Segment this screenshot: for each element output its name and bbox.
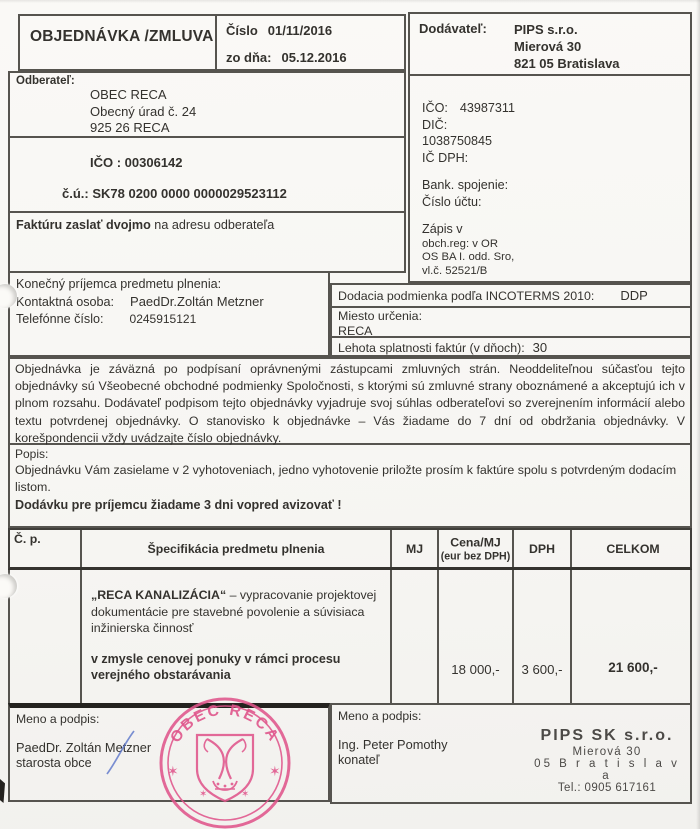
recipient-phone-line: Telefónne číslo:0245915121: [16, 311, 328, 328]
contact-value: PaedDr.Zoltán Metzner: [130, 294, 264, 309]
order-date-line: zo dňa:05.12.2016: [226, 50, 347, 65]
supplier-text-stamp: PIPS SK s.r.o. Mierová 30 05 B r a t i s…: [527, 727, 687, 794]
recipient-lines: Konečný príjemca predmetu plnenia: Konta…: [10, 273, 328, 328]
delivery-terms-box: Dodacia podmienka podľa INCOTERMS 2010:D…: [330, 283, 692, 357]
customer-box: Odberateľ: OBEC RECA Obecný úrad č. 24 9…: [8, 71, 406, 138]
stamp-star-inner-left: ✶: [199, 789, 207, 800]
customer-name: OBEC RECA: [90, 87, 196, 104]
supplier-ico-label: IČO:: [422, 101, 448, 115]
col-header-dph: DPH: [514, 530, 572, 567]
signature-box-supplier: Meno a podpis: Ing. Peter Pomothy konate…: [330, 703, 692, 804]
phone-value: 0245915121: [130, 312, 197, 326]
cell-mj: [392, 570, 439, 705]
cell-dph: 3 600,-: [514, 570, 572, 705]
description-box: Popis: Objednávku Vám zasielame v 2 vyho…: [8, 445, 692, 528]
order-date-value: 05.12.2016: [282, 50, 347, 65]
scanned-order-document: OBJEDNÁVKA /ZMLUVA Číslo01/11/2016 zo dň…: [0, 0, 700, 829]
pen-signature-stroke: [102, 728, 146, 778]
supplier-city: 821 05 Bratislava: [514, 55, 620, 72]
terms-box: Objednávka je záväzná po podpísaní opráv…: [8, 357, 692, 445]
item-price: 18 000,-: [439, 662, 512, 677]
col-header-mj: MJ: [392, 530, 439, 567]
scan-edge-shadow-top: [0, 0, 700, 3]
incoterms-row: Dodacia podmienka podľa INCOTERMS 2010:D…: [332, 285, 690, 308]
item-total: 21 600,-: [572, 660, 694, 675]
incoterms-value: DDP: [620, 288, 647, 303]
due-value: 30: [533, 340, 547, 355]
supplier-icdph-label: IČ DPH:: [422, 150, 690, 167]
signature-label-right: Meno a podpis:: [332, 705, 690, 723]
stamp-star-left: ✶: [167, 763, 179, 779]
customer-address: OBEC RECA Obecný úrad č. 24 925 26 RECA: [90, 87, 196, 137]
invoice-note-box: Faktúru zaslať dvojmo na adresu odberate…: [8, 213, 406, 273]
customer-label: Odberateľ:: [16, 75, 75, 87]
place-value: RECA: [338, 324, 690, 339]
bank-account-label: Číslo účtu:: [422, 194, 690, 211]
col-header-price-sub: (eur bez DPH): [439, 550, 512, 562]
customer-city: 925 26 RECA: [90, 120, 196, 137]
document-title-box: OBJEDNÁVKA /ZMLUVA: [18, 14, 216, 71]
scan-edge-mark: [0, 779, 5, 803]
due-label: Lehota splatnosti faktúr (v dňoch):: [338, 341, 525, 355]
customer-street: Obecný úrad č. 24: [90, 104, 196, 121]
item-note: v zmysle cenovej ponuky v rámci procesu …: [82, 637, 390, 684]
obec-reca-round-stamp: ✶ ✶ ✶ ✶ OBEC RECA: [155, 693, 295, 829]
register-line-4: vl.č. 52521/B: [422, 265, 690, 279]
supplier-dic-label: DIČ:: [422, 117, 690, 134]
stamp-star-inner-right: ✶: [241, 789, 249, 800]
phone-label: Telefónne číslo:: [16, 312, 104, 326]
svg-text:OBEC RECA: OBEC RECA: [167, 702, 283, 746]
register-line-3: OS BA I. odd. Sro,: [422, 251, 690, 265]
cell-cp: [10, 570, 82, 705]
col-header-spec: Špecifikácia predmetu plnenia: [82, 530, 392, 567]
order-number-value: 01/11/2016: [268, 23, 332, 38]
description-bold-note: Dodávku pre príjemcu žiadame 3 dni vopre…: [10, 495, 690, 512]
register-line-1: Zápis v: [422, 221, 690, 238]
supplier-label: Dodávateľ:: [419, 21, 487, 36]
order-date-label: zo dňa:: [226, 50, 272, 65]
register-line-2: obch.reg: v OR: [422, 238, 690, 252]
col-header-total: CELKOM: [572, 530, 694, 567]
bank-label: Bank. spojenie:: [422, 177, 690, 194]
cell-spec: „RECA KANALIZÁCIA“ – vypracovanie projek…: [82, 570, 392, 705]
customer-ico: IČO : 00306142: [90, 155, 183, 170]
cell-total: 21 600,-: [572, 570, 694, 705]
supplier-address: PIPS s.r.o. Mierová 30 821 05 Bratislava: [514, 21, 620, 72]
stamp-street: Mierová 30: [527, 746, 687, 758]
stamp-city: 05 B r a t i s l a v a: [527, 758, 687, 782]
order-number-line: Číslo01/11/2016: [217, 16, 404, 38]
stamp-company: PIPS SK s.r.o.: [527, 727, 687, 745]
invoice-note-rest: na adresu odberateľa: [151, 218, 274, 232]
item-vat: 3 600,-: [514, 662, 570, 677]
description-label: Popis:: [10, 445, 690, 461]
page-title: OBJEDNÁVKA /ZMLUVA: [20, 16, 216, 46]
stamp-phone: Tel.: 0905 617161: [527, 782, 687, 794]
supplier-street: Mierová 30: [514, 38, 620, 55]
recipient-contact-line: Kontaktná osoba:PaedDr.Zoltán Metzner: [16, 293, 328, 311]
customer-account: č.ú.: SK78 0200 0000 0000029523112: [62, 186, 287, 201]
description-text: Objednávku Vám zasielame v 2 vyhotovenia…: [10, 461, 690, 495]
recipient-box: Konečný príjemca predmetu plnenia: Konta…: [8, 273, 330, 357]
stamp-star-right: ✶: [269, 763, 281, 779]
supplier-name: PIPS s.r.o.: [514, 21, 620, 38]
col-header-cp: Č. p.: [10, 530, 82, 567]
contact-label: Kontaktná osoba:: [16, 295, 114, 309]
stamp-arc-text: OBEC RECA: [167, 702, 283, 746]
place-row: Miesto určenia: RECA: [332, 308, 690, 338]
place-label: Miesto určenia:: [338, 309, 690, 324]
invoice-note-bold: Faktúru zaslať dvojmo: [16, 218, 151, 232]
invoice-note: Faktúru zaslať dvojmo na adresu odberate…: [10, 213, 404, 232]
scan-edge-shadow-right: [696, 0, 700, 829]
cell-price: 18 000,-: [439, 570, 514, 705]
recipient-heading: Konečný príjemca predmetu plnenia:: [16, 276, 328, 293]
supplier-dic-value: 1038750845: [422, 133, 690, 150]
customer-ids-box: IČO : 00306142 č.ú.: SK78 0200 0000 0000…: [8, 138, 406, 213]
col-header-price: Cena/MJ(eur bez DPH): [439, 530, 514, 567]
items-table-row: „RECA KANALIZÁCIA“ – vypracovanie projek…: [8, 570, 692, 705]
due-row: Lehota splatnosti faktúr (v dňoch):30: [332, 338, 690, 355]
supplier-ico-value: 43987311: [460, 101, 515, 115]
supplier-header-box: Dodávateľ: PIPS s.r.o. Mierová 30 821 05…: [408, 12, 692, 76]
supplier-ico-line: IČO:43987311: [422, 100, 690, 117]
supplier-details-box: IČO:43987311 DIČ: 1038750845 IČ DPH: Ban…: [408, 76, 692, 283]
order-number-box: Číslo01/11/2016 zo dňa:05.12.2016: [215, 14, 406, 71]
items-table-header: Č. p. Špecifikácia predmetu plnenia MJ C…: [8, 528, 692, 570]
item-description: „RECA KANALIZÁCIA“ – vypracovanie projek…: [82, 570, 390, 637]
order-number-label: Číslo: [226, 23, 258, 38]
item-title: „RECA KANALIZÁCIA“: [91, 588, 226, 602]
incoterms-label: Dodacia podmienka podľa INCOTERMS 2010:: [338, 289, 594, 303]
terms-paragraph: Objednávka je záväzná po podpísaní opráv…: [10, 359, 690, 449]
